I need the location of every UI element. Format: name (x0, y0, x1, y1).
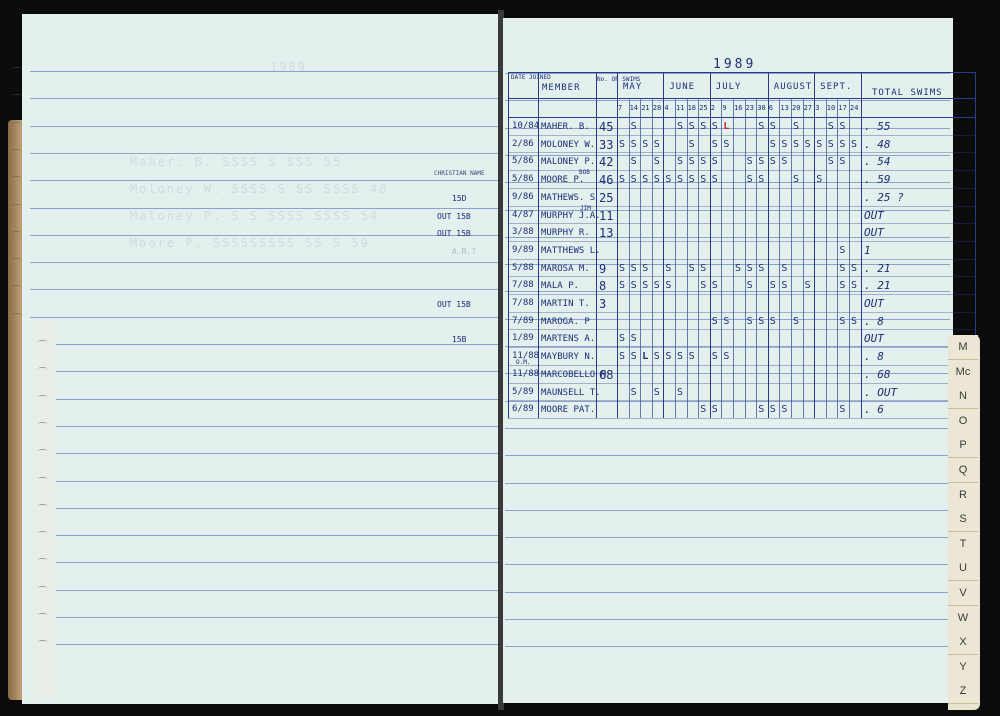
row-divider (508, 294, 975, 295)
date-joined: 11/88 (512, 369, 539, 379)
attendance-mark: S (758, 156, 764, 167)
attendance-mark: S (689, 139, 695, 150)
total-swims: 1 (864, 244, 871, 257)
date-label: 24 (850, 104, 858, 112)
total-swims: OUT (864, 332, 884, 345)
header-date-joined: DATE JOINED (511, 74, 539, 81)
date-joined: 7/89 (512, 316, 534, 326)
attendance-mark: S (689, 121, 695, 132)
member-name: MAUNSELL T. (541, 388, 601, 398)
attendance-mark: S (816, 174, 822, 185)
date-joined: 7/88 (512, 280, 534, 290)
stitch-mark: ⌒ (12, 147, 21, 160)
ruled-line (56, 617, 498, 618)
member-name: MURPHY J.A. (541, 211, 601, 221)
index-tab: Z (948, 679, 978, 704)
row-divider (508, 418, 975, 419)
attendance-mark: S (712, 404, 718, 415)
attendance-mark: S (851, 280, 857, 291)
ruled-line (56, 344, 498, 345)
index-tab: U (948, 556, 978, 581)
date-label: 25 (699, 104, 707, 112)
month-divider (663, 72, 664, 418)
ruled-line (505, 455, 950, 456)
attendance-mark: S (677, 174, 683, 185)
row-divider (508, 329, 975, 330)
ruled-line (56, 644, 498, 645)
attendance-mark: S (689, 174, 695, 185)
date-joined: 9/86 (512, 192, 534, 202)
attendance-mark: S (781, 280, 787, 291)
stitch-mark: ⌒ (12, 283, 21, 296)
month-divider (814, 72, 815, 418)
attendance-mark: S (654, 139, 660, 150)
attendance-mark: S (747, 263, 753, 274)
header-divider (508, 98, 975, 99)
attendance-mark: S (689, 156, 695, 167)
attendance-mark: S (654, 387, 660, 398)
date-label: 30 (757, 104, 765, 112)
attendance-mark: S (642, 263, 648, 274)
attendance-mark: S (758, 404, 764, 415)
attendance-mark: S (781, 139, 787, 150)
ledger-year: 1989 (713, 57, 756, 72)
date-label: 18 (688, 104, 696, 112)
attendance-mark: S (619, 263, 625, 274)
attendance-mark: S (839, 245, 845, 256)
date-joined: 9/89 (512, 245, 534, 255)
attendance-mark: S (839, 139, 845, 150)
attendance-mark: S (805, 280, 811, 291)
total-swims: . OUT (864, 386, 897, 399)
stitch-mark: ⌒ (38, 447, 47, 460)
row-divider (508, 241, 975, 242)
attendance-mark: S (631, 351, 637, 362)
attendance-mark: S (747, 316, 753, 327)
attendance-mark: S (758, 316, 764, 327)
attendance-mark: S (758, 174, 764, 185)
attendance-mark: S (712, 280, 718, 291)
attendance-mark: S (781, 263, 787, 274)
attendance-mark: S (770, 404, 776, 415)
swim-count: 8 (599, 279, 606, 293)
attendance-mark: S (642, 280, 648, 291)
total-swims: . 8 (864, 315, 884, 328)
stitch-mark: ⌒ (12, 174, 21, 187)
attendance-mark: S (735, 263, 741, 274)
ruled-line (505, 483, 950, 484)
ruled-line (30, 71, 498, 72)
index-tab: P (948, 433, 978, 458)
attendance-mark: S (793, 121, 799, 132)
ghost-text: Moloney W. SSSS S SS SSSS 48 (130, 182, 388, 196)
attendance-mark: S (712, 174, 718, 185)
attendance-mark: S (793, 174, 799, 185)
ruled-line (56, 453, 498, 454)
attendance-mark: S (723, 139, 729, 150)
ruled-line (30, 262, 498, 263)
date-label: 9 (722, 104, 726, 112)
attendance-mark: S (828, 121, 834, 132)
attendance-mark: S (747, 174, 753, 185)
ruled-line (505, 510, 950, 511)
attendance-mark: S (700, 263, 706, 274)
attendance-mark: S (631, 156, 637, 167)
attendance-mark: S (619, 139, 625, 150)
index-tab: O (948, 409, 978, 434)
date-label: 28 (653, 104, 661, 112)
attendance-mark: S (677, 387, 683, 398)
attendance-mark: S (770, 121, 776, 132)
attendance-mark: S (839, 316, 845, 327)
attendance-mark: S (700, 174, 706, 185)
ruled-line (505, 73, 950, 74)
member-name: MOORE P. (541, 175, 584, 185)
member-name: MATTHEWS L. (541, 246, 601, 256)
date-joined: 2/86 (512, 139, 534, 149)
attendance-mark: S (631, 263, 637, 274)
attendance-mark: S (631, 333, 637, 344)
month-header: JULY (716, 82, 742, 92)
attendance-mark: S (654, 280, 660, 291)
member-name: MATHEWS. S (541, 193, 595, 203)
attendance-mark: S (665, 263, 671, 274)
total-swims: . 68 (864, 368, 891, 381)
attendance-mark: L (642, 351, 648, 362)
swim-count: 13 (599, 226, 613, 240)
attendance-mark: S (665, 280, 671, 291)
attendance-mark: S (631, 387, 637, 398)
row-divider (508, 135, 975, 136)
date-label: 6 (769, 104, 773, 112)
index-tab: M (948, 335, 978, 360)
ruled-line (505, 537, 950, 538)
swim-count: 3 (599, 297, 606, 311)
attendance-mark: S (654, 156, 660, 167)
total-swims: . 55 (864, 120, 891, 133)
attendance-mark: S (619, 333, 625, 344)
swim-count: 9 (599, 262, 606, 276)
attendance-mark: S (839, 404, 845, 415)
stitch-mark: ⌒ (38, 638, 47, 651)
swim-count: 45 (599, 120, 613, 134)
month-header: JUNE (669, 82, 695, 92)
total-swims: OUT (864, 209, 884, 222)
member-name: MURPHY R. (541, 228, 590, 238)
member-name: MAROSA M. (541, 264, 590, 274)
attendance-mark: S (677, 351, 683, 362)
ruled-line (56, 562, 498, 563)
attendance-mark: S (839, 280, 845, 291)
attendance-mark: S (700, 121, 706, 132)
row-divider (508, 206, 975, 207)
index-tab: X (948, 630, 978, 655)
column-divider (861, 72, 862, 418)
date-joined: 6/89 (512, 404, 534, 414)
index-tab: V (948, 581, 978, 606)
attendance-mark: S (700, 280, 706, 291)
stitch-mark: ⌒ (12, 120, 21, 133)
total-swims: . 54 (864, 155, 891, 168)
row-divider (508, 259, 975, 260)
attendance-mark: S (851, 263, 857, 274)
total-swims: . 21 (864, 279, 891, 292)
header-total-swims: TOTAL SWIMS (872, 88, 943, 98)
margin-note: 15B (452, 335, 466, 344)
date-label: 10 (827, 104, 835, 112)
header-member: MEMBER (542, 83, 581, 93)
total-swims: OUT (864, 226, 884, 239)
ruled-line (505, 428, 950, 429)
swim-count: 68 (599, 368, 613, 382)
stitch-mark: ⌒ (38, 611, 47, 624)
date-label: 23 (746, 104, 754, 112)
attendance-mark: S (712, 139, 718, 150)
swim-count: 46 (599, 173, 613, 187)
total-swims: . 59 (864, 173, 891, 186)
attendance-mark: S (758, 263, 764, 274)
index-tab: T (948, 532, 978, 557)
index-tab: S (948, 507, 978, 532)
row-divider (508, 188, 975, 189)
stitch-mark: ⌒ (38, 420, 47, 433)
index-tab: Y (948, 655, 978, 680)
ruled-line (505, 619, 950, 620)
stitch-mark: ⌒ (38, 584, 47, 597)
attendance-mark: S (712, 156, 718, 167)
date-label: 7 (618, 104, 622, 112)
ruled-line (30, 153, 498, 154)
month-header: MAY (623, 82, 642, 92)
ruled-line (30, 317, 498, 318)
date-joined: 5/88 (512, 263, 534, 273)
ruled-line (30, 126, 498, 127)
total-swims: . 6 (864, 403, 884, 416)
row-divider (508, 312, 975, 313)
row-divider (508, 223, 975, 224)
row-divider (508, 383, 975, 384)
attendance-mark: S (805, 139, 811, 150)
attendance-mark: S (654, 174, 660, 185)
date-label: 3 (815, 104, 819, 112)
ruled-line (30, 98, 498, 99)
attendance-mark: S (712, 121, 718, 132)
date-joined: 4/87 (512, 210, 534, 220)
margin-note: OUT 15B (437, 229, 471, 238)
ghost-text: 1989 (270, 60, 307, 74)
row-divider (508, 152, 975, 153)
total-swims: OUT (864, 297, 884, 310)
ruled-line (56, 399, 498, 400)
attendance-mark: S (631, 280, 637, 291)
month-divider (710, 72, 711, 418)
month-header: AUGUST (774, 82, 813, 92)
date-label: 20 (792, 104, 800, 112)
swim-count: 33 (599, 138, 613, 152)
attendance-mark: S (642, 174, 648, 185)
row-divider (508, 400, 975, 401)
attendance-mark: S (828, 139, 834, 150)
ruled-line (505, 564, 950, 565)
stitch-mark: ⌒ (12, 202, 21, 215)
stitch-mark: ⌒ (12, 65, 21, 78)
attendance-mark: S (781, 404, 787, 415)
attendance-mark: S (631, 174, 637, 185)
ruled-line (505, 646, 950, 647)
ghost-text: Maloney P. S S SSSS SSSS 54 (130, 209, 379, 223)
attendance-mark: S (839, 121, 845, 132)
christian-name-label: CHRISTIAN NAME (434, 170, 474, 177)
date-row-divider (508, 117, 975, 118)
member-name: MARCOBELLO M (541, 370, 606, 380)
date-label: 21 (641, 104, 649, 112)
attendance-mark: S (770, 156, 776, 167)
date-label: 11 (676, 104, 684, 112)
attendance-mark: S (677, 121, 683, 132)
attendance-mark: S (758, 121, 764, 132)
attendance-mark: S (839, 263, 845, 274)
attendance-mark: S (770, 280, 776, 291)
attendance-mark: S (712, 351, 718, 362)
member-name: MOORE PAT. (541, 405, 595, 415)
attendance-mark: S (851, 139, 857, 150)
attendance-mark: S (654, 351, 660, 362)
attendance-mark: L (723, 121, 729, 132)
attendance-mark: S (689, 351, 695, 362)
ghost-text: Maher. B. SSSS S SSS 55 (130, 155, 342, 169)
stitch-mark: ⌒ (38, 556, 47, 569)
attendance-mark: S (631, 139, 637, 150)
date-label: 2 (711, 104, 715, 112)
stitch-mark: ⌒ (38, 475, 47, 488)
swim-count: 11 (599, 209, 613, 223)
margin-note: OUT 15B (437, 300, 471, 309)
table-top-border (508, 72, 975, 73)
member-name: MARTIN T. (541, 299, 590, 309)
ruled-line (56, 481, 498, 482)
attendance-mark: S (677, 156, 683, 167)
stitch-mark: ⌒ (12, 311, 21, 324)
member-name: MARTENS A. (541, 334, 595, 344)
member-note: JIM (580, 205, 591, 212)
column-divider (617, 72, 618, 418)
attendance-mark: S (665, 351, 671, 362)
margin-note: A.R.? (452, 247, 476, 256)
member-name: MALONEY P. (541, 157, 595, 167)
date-joined: 5/89 (512, 387, 534, 397)
margin-note: OUT 15B (437, 212, 471, 221)
month-header: SEPT. (820, 82, 852, 92)
index-tab: W (948, 606, 978, 631)
ruled-line (56, 426, 498, 427)
date-joined: 10/84 (512, 121, 539, 131)
attendance-mark: S (770, 139, 776, 150)
date-label: 13 (780, 104, 788, 112)
left-page (22, 14, 498, 704)
member-name: MAROGA. P (541, 317, 590, 327)
attendance-mark: S (700, 156, 706, 167)
attendance-mark: S (770, 316, 776, 327)
stitch-mark: ⌒ (38, 529, 47, 542)
ruled-line (30, 289, 498, 290)
date-joined: 3/88 (512, 227, 534, 237)
swim-count: 42 (599, 155, 613, 169)
total-swims: . 48 (864, 138, 891, 151)
stitch-mark: ⌒ (38, 338, 47, 351)
attendance-mark: S (665, 174, 671, 185)
date-label: 27 (804, 104, 812, 112)
attendance-mark: S (781, 156, 787, 167)
swim-count: 25 (599, 191, 613, 205)
row-divider (508, 276, 975, 277)
ruled-line (56, 535, 498, 536)
attendance-mark: S (793, 139, 799, 150)
date-joined: 5/86 (512, 156, 534, 166)
attendance-mark: S (828, 156, 834, 167)
total-swims: . 25 ? (864, 191, 904, 204)
attendance-mark: S (631, 121, 637, 132)
member-name: MALA P. (541, 281, 579, 291)
attendance-mark: S (712, 316, 718, 327)
attendance-mark: S (723, 316, 729, 327)
attendance-mark: S (839, 156, 845, 167)
date-joined: 1/89 (512, 333, 534, 343)
date-joined: 5/86 (512, 174, 534, 184)
attendance-mark: S (747, 156, 753, 167)
header-no-of-swims: No. OF SWIMS (597, 76, 617, 83)
index-tab: Q (948, 458, 978, 483)
attendance-mark: S (619, 174, 625, 185)
alphabet-index-tabs: MMcNOPQRSTUVWXYZ (948, 335, 980, 710)
attendance-mark: S (619, 351, 625, 362)
ruled-line (505, 100, 950, 101)
month-divider (768, 72, 769, 418)
date-label: 16 (734, 104, 742, 112)
attendance-mark: S (700, 404, 706, 415)
index-tab: Mc (948, 360, 978, 385)
row-divider (508, 365, 975, 366)
ruled-line (56, 590, 498, 591)
total-swims: . 8 (864, 350, 884, 363)
index-tab: R (948, 483, 978, 508)
ruled-line (56, 508, 498, 509)
attendance-mark: S (619, 280, 625, 291)
stitch-mark: ⌒ (12, 256, 21, 269)
member-name: MAHER. B. (541, 122, 590, 132)
member-name: MOLONEY W. (541, 140, 595, 150)
stitch-mark: ⌒ (12, 229, 21, 242)
attendance-mark: S (689, 263, 695, 274)
attendance-mark: S (816, 139, 822, 150)
column-divider (508, 72, 509, 418)
margin-note: 15D (452, 194, 466, 203)
member-name: MAYBURY N. (541, 352, 595, 362)
ghost-text: Moore P. SSSSSSSSS SS S 59 (130, 236, 370, 250)
stitch-mark: ⌒ (12, 92, 21, 105)
total-swims: . 21 (864, 262, 891, 275)
stitch-mark: ⌒ (38, 502, 47, 515)
date-label: 14 (630, 104, 638, 112)
row-divider (508, 347, 975, 348)
attendance-mark: S (793, 316, 799, 327)
attendance-mark: S (723, 351, 729, 362)
index-tab: N (948, 384, 978, 409)
attendance-mark: S (747, 280, 753, 291)
member-note: BOB (579, 169, 590, 176)
stitch-mark: ⌒ (38, 365, 47, 378)
ruled-line (56, 371, 498, 372)
attendance-mark: S (851, 316, 857, 327)
